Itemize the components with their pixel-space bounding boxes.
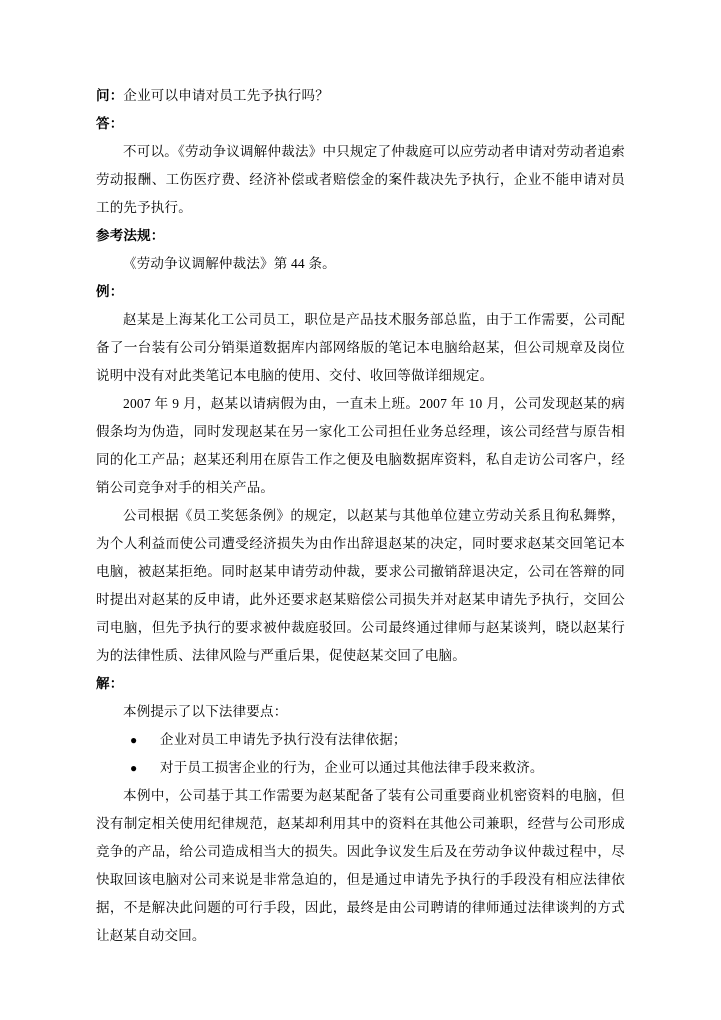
answer-paragraph: 不可以。《劳动争议调解仲裁法》中只规定了仲裁庭可以应劳动者申请对劳动者追索劳动报… xyxy=(96,138,625,222)
document-page: 问：企业可以申请对员工先予执行吗？ 答： 不可以。《劳动争议调解仲裁法》中只规定… xyxy=(0,0,721,1020)
list-item: ● 对于员工损害企业的行为，企业可以通过其他法律手段来救济。 xyxy=(96,754,625,782)
example-paragraph: 公司根据《员工奖惩条例》的规定，以赵某与其他单位建立劳动关系且徇私舞弊，为个人利… xyxy=(96,502,625,670)
question-label: 问： xyxy=(96,88,123,103)
example-heading: 例： xyxy=(96,278,625,306)
reference-heading: 参考法规： xyxy=(96,222,625,250)
solution-heading: 解： xyxy=(96,670,625,698)
solution-intro: 本例提示了以下法律要点： xyxy=(96,698,625,726)
example-paragraph: 赵某是上海某化工公司员工，职位是产品技术服务部总监，由于工作需要，公司配备了一台… xyxy=(96,306,625,390)
bullet-text: 企业对员工申请先予执行没有法律依据； xyxy=(160,726,625,754)
solution-paragraph: 本例中，公司基于其工作需要为赵某配备了装有公司重要商业机密资料的电脑，但没有制定… xyxy=(96,782,625,950)
answer-label: 答： xyxy=(96,110,625,138)
list-item: ● 企业对员工申请先予执行没有法律依据； xyxy=(96,726,625,754)
bullet-icon: ● xyxy=(130,726,160,754)
bullet-icon: ● xyxy=(130,754,160,782)
question-line: 问：企业可以申请对员工先予执行吗？ xyxy=(96,82,625,110)
reference-text: 《劳动争议调解仲裁法》第 44 条。 xyxy=(96,250,625,278)
question-text: 企业可以申请对员工先予执行吗？ xyxy=(123,88,329,103)
bullet-text: 对于员工损害企业的行为，企业可以通过其他法律手段来救济。 xyxy=(160,754,625,782)
example-paragraph: 2007 年 9 月，赵某以请病假为由，一直未上班。2007 年 10 月，公司… xyxy=(96,390,625,502)
